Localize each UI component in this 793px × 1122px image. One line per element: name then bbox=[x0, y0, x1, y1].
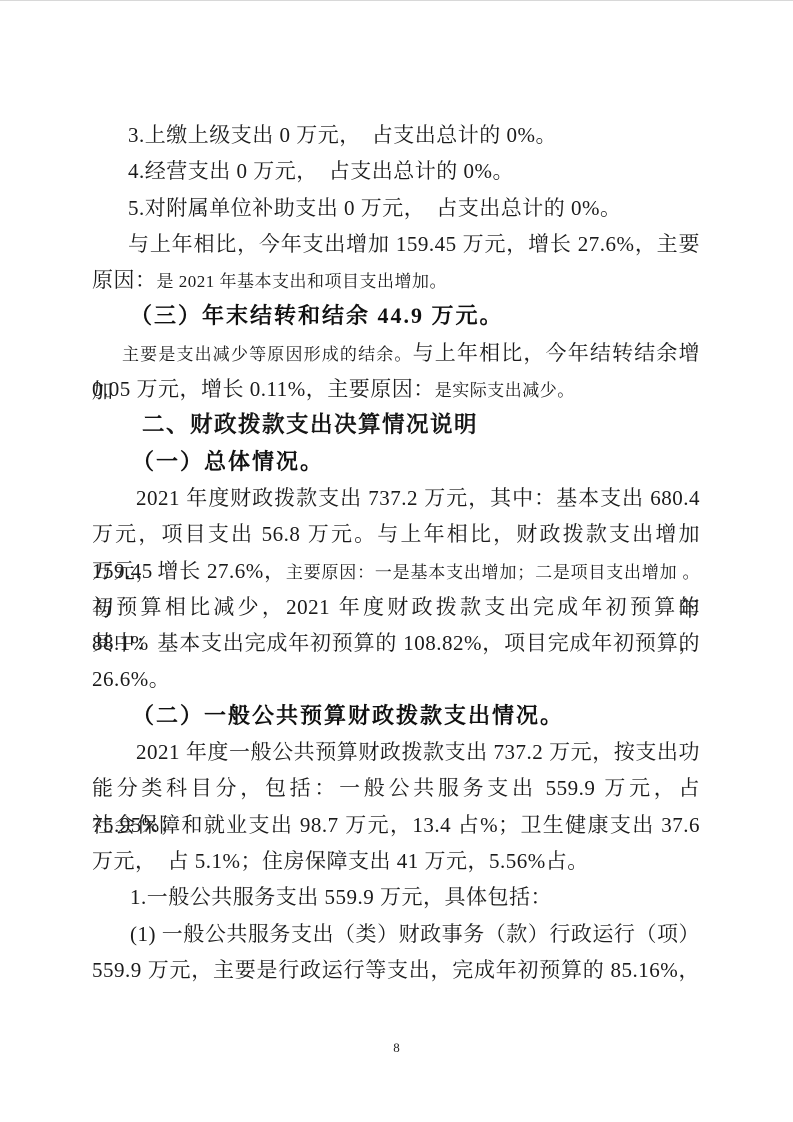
para-carryover-line-2-text: 0.05 万元，增长 0.11%，主要原因： bbox=[92, 377, 435, 401]
para-yoy-comparison-line-1-text: 与上年相比，今年支出增加 159.45 万元，增长 27.6%，主要 bbox=[128, 232, 700, 256]
list-item-3-remit-superior: 3.上缴上级支出 0 万元， 占支出总计的 0%。 bbox=[92, 117, 700, 153]
para-overall-line-4: 初预算相比减少，2021 年度财政拨款支出完成年初预算的 88.1%， bbox=[92, 589, 700, 625]
heading-section-2-1-overall-text: （一）总体情况。 bbox=[132, 449, 324, 474]
para-budget-breakdown-line-3-text: 社会保障和就业支出 98.7 万元，13.4 占%；卫生健康支出 37.6 bbox=[92, 813, 700, 837]
list-item-3-remit-superior-text: 3.上缴上级支出 0 万元， 占支出总计的 0%。 bbox=[128, 123, 557, 147]
para-overall-line-6-text: 26.6%。 bbox=[92, 667, 170, 691]
para-yoy-comparison-line-2-text: 原因： bbox=[92, 268, 157, 292]
list-item-5-subsidy-affiliates: 5.对附属单位补助支出 0 万元， 占支出总计的 0%。 bbox=[92, 190, 700, 226]
para-carryover-line-2-text: 是实际支出减少。 bbox=[435, 381, 575, 400]
para-overall-line-1-text: 2021 年度财政拨款支出 737.2 万元，其中：基本支出 680.4 bbox=[136, 486, 700, 510]
para-overall-line-5: 其中：基本支出完成年初预算的 108.82%，项目完成年初预算的 bbox=[92, 625, 700, 661]
document-body: 3.上缴上级支出 0 万元， 占支出总计的 0%。4.经营支出 0 万元， 占支… bbox=[92, 117, 700, 988]
para-yoy-comparison-line-2-text: 是 2021 年基本支出和项目支出增加。 bbox=[157, 272, 448, 291]
para-yoy-comparison-line-2: 原因：是 2021 年基本支出和项目支出增加。 bbox=[92, 262, 700, 298]
heading-section-1-3-carryover-text: （三）年末结转和结余 44.9 万元。 bbox=[130, 303, 504, 328]
heading-section-2-fiscal-appropriation: 二、财政拨款支出决算情况说明 bbox=[92, 407, 700, 443]
para-item-1-detail-line-2-text: 559.9 万元，主要是行政运行等支出，完成年初预算的 85.16%， bbox=[92, 958, 700, 982]
para-overall-line-3-text: 主要原因：一是基本支出增加；二是项目支出增加 。 bbox=[286, 563, 700, 582]
para-overall-line-2: 万元，项目支出 56.8 万元。与上年相比，财政拨款支出增加 159.45 bbox=[92, 516, 700, 552]
document-page: 3.上缴上级支出 0 万元， 占支出总计的 0%。4.经营支出 0 万元， 占支… bbox=[0, 0, 793, 1122]
para-budget-breakdown-line-1: 2021 年度一般公共预算财政拨款支出 737.2 万元，按支出功 bbox=[92, 734, 700, 770]
para-budget-breakdown-line-4-text: 万元， 占 5.1%；住房保障支出 41 万元，5.56%占。 bbox=[92, 849, 589, 873]
heading-section-2-fiscal-appropriation-text: 二、财政拨款支出决算情况说明 bbox=[142, 412, 478, 437]
para-overall-line-3-text: 万元，增长 27.6%， bbox=[92, 559, 286, 583]
para-overall-line-3: 万元，增长 27.6%，主要原因：一是基本支出增加；二是项目支出增加 。与年 bbox=[92, 553, 700, 589]
para-overall-line-1: 2021 年度财政拨款支出 737.2 万元，其中：基本支出 680.4 bbox=[92, 480, 700, 516]
para-carryover-line-2: 0.05 万元，增长 0.11%，主要原因：是实际支出减少。 bbox=[92, 371, 700, 407]
para-budget-breakdown-line-3: 社会保障和就业支出 98.7 万元，13.4 占%；卫生健康支出 37.6 bbox=[92, 807, 700, 843]
heading-section-1-3-carryover: （三）年末结转和结余 44.9 万元。 bbox=[92, 298, 700, 334]
list-item-4-operating-text: 4.经营支出 0 万元， 占支出总计的 0%。 bbox=[128, 159, 514, 183]
para-item-1-detail-line-1: (1) 一般公共服务支出（类）财政事务（款）行政运行（项） bbox=[92, 916, 700, 952]
para-budget-breakdown-line-1-text: 2021 年度一般公共预算财政拨款支出 737.2 万元，按支出功 bbox=[136, 740, 700, 764]
page-number: 8 bbox=[0, 1040, 793, 1056]
heading-section-2-2-general-public-budget: （二）一般公共预算财政拨款支出情况。 bbox=[92, 698, 700, 734]
heading-section-2-2-general-public-budget-text: （二）一般公共预算财政拨款支出情况。 bbox=[132, 703, 564, 728]
para-overall-line-6: 26.6%。 bbox=[92, 661, 700, 697]
list-item-4-operating: 4.经营支出 0 万元， 占支出总计的 0%。 bbox=[92, 153, 700, 189]
para-overall-line-5-text: 其中：基本支出完成年初预算的 108.82%，项目完成年初预算的 bbox=[92, 631, 700, 655]
page-top-edge bbox=[0, 0, 793, 1]
para-item-1-detail-line-1-text: (1) 一般公共服务支出（类）财政事务（款）行政运行（项） bbox=[130, 922, 700, 946]
list-item-1-general-public-service: 1.一般公共服务支出 559.9 万元，具体包括： bbox=[92, 879, 700, 915]
para-carryover-line-1: 主要是支出减少等原因形成的结余。与上年相比，今年结转结余增加 bbox=[92, 335, 700, 371]
list-item-5-subsidy-affiliates-text: 5.对附属单位补助支出 0 万元， 占支出总计的 0%。 bbox=[128, 196, 622, 220]
para-budget-breakdown-line-4: 万元， 占 5.1%；住房保障支出 41 万元，5.56%占。 bbox=[92, 843, 700, 879]
heading-section-2-1-overall: （一）总体情况。 bbox=[92, 444, 700, 480]
para-item-1-detail-line-2: 559.9 万元，主要是行政运行等支出，完成年初预算的 85.16%， bbox=[92, 952, 700, 988]
para-carryover-line-1-text: 主要是支出减少等原因形成的结余。 bbox=[122, 345, 413, 364]
para-budget-breakdown-line-2: 能分类科目分，包括：一般公共服务支出 559.9 万元，占 75.95%； bbox=[92, 770, 700, 806]
para-yoy-comparison-line-1: 与上年相比，今年支出增加 159.45 万元，增长 27.6%，主要 bbox=[92, 226, 700, 262]
list-item-1-general-public-service-text: 1.一般公共服务支出 559.9 万元，具体包括： bbox=[130, 885, 552, 909]
